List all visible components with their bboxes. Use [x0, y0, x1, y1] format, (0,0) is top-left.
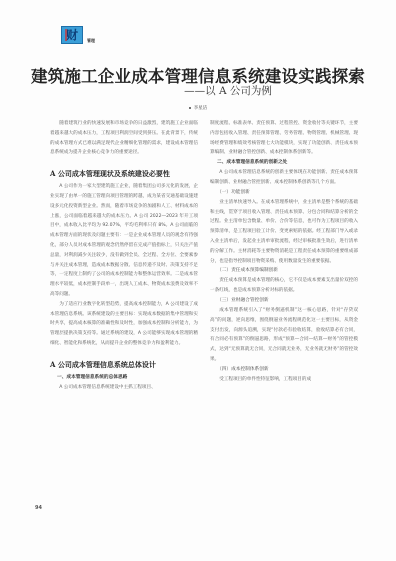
body-paragraph: 为了适应行业数字化转型趋势，提高成本控制能力，A 公司建设了成本管理信息系统。该… — [50, 300, 198, 349]
body-paragraph: A 公司成本管理信息系统建设中主抓工程项目、 — [50, 383, 198, 393]
right-column: 制度流程、标准表单、责任预算、过程管控、资金收付等关键环节，主要内容包括收入管理… — [210, 119, 358, 385]
section-heading: A 公司成本管理信息系统总体设计 — [50, 359, 198, 370]
page-header: 财 管理 — [61, 26, 95, 44]
body-paragraph: A 公司作为一家大型建筑施工企业，随着集团公司多元化的发展，企业实现了由单一的施… — [50, 182, 198, 300]
item-heading: （二）责任成本预算编制创新 — [210, 266, 358, 276]
subsection-heading: 二、成本管理信息系统的创新之处 — [210, 158, 358, 168]
journal-page: 财 管理 建筑施工企业成本管理信息系统建设实践探索 ——以 A 公司为例 李星洁… — [0, 0, 396, 561]
section-tag: 管理 — [87, 38, 95, 44]
item-heading: （三）业财融合管控创新 — [210, 296, 358, 306]
item-heading: （一）功能创新 — [210, 188, 358, 198]
page-number: 94 — [35, 505, 42, 511]
journal-logo-icon: 财 — [61, 26, 83, 44]
body-paragraph: 制度流程、标准表单、责任预算、过程管控、资金收付等关键环节，主要内容包括收入管理… — [210, 119, 358, 158]
intro-paragraph: 随着建筑行业的快速发展和市场竞争的日益激烈，建筑施工企业面临着越来越大的成本压力… — [50, 119, 198, 158]
section-heading: A 公司成本管理现状及系统建设必要性 — [50, 168, 198, 179]
body-paragraph: A 公司成本管理信息系统的创新主要体现在功能创新、责任成本预算编制创新、业财融合… — [210, 168, 358, 188]
bullet-icon — [189, 107, 191, 109]
article-subtitle: ——以 A 公司为例 — [0, 83, 396, 98]
body-paragraph: 责任成本预算是成本管理的核心，它不仅是成本要素支出量价双控的一条红线，也是成本预… — [210, 276, 358, 296]
left-column: 随着建筑行业的快速发展和市场竞争的日益激烈，建筑施工企业面临着越来越大的成本压力… — [50, 119, 198, 393]
body-paragraph: 成本管理系统引入了“财务倒逼机制”这一核心思路，针对“存贷双高”的问题，逆向思维… — [210, 306, 358, 365]
author-line: 李星洁 — [0, 105, 396, 111]
author-name: 李星洁 — [194, 106, 208, 111]
body-paragraph: 业主清单快速导入。在成本管理系统中，业主清单是整个系统的基础和主线，贯穿于项目收… — [210, 198, 358, 267]
item-heading: （四）成本控制体系创新 — [210, 365, 358, 375]
subsection-heading: 一、成本管理信息系统的总体思路 — [50, 373, 198, 383]
body-paragraph: 受工程项目的单件性特征影响，工程项目的成 — [210, 375, 358, 385]
